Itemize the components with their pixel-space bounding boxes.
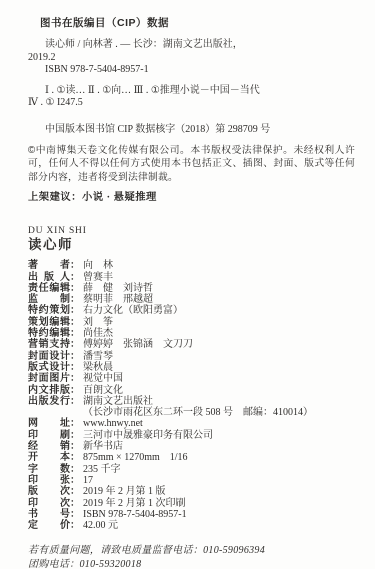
credit-value-extra: （长沙市雨花区东二环一段 508 号 邮编：410014） — [83, 407, 355, 418]
credit-row: 封面设计：潘雪琴 — [28, 351, 355, 362]
credit-colon: ： — [70, 509, 80, 520]
group-purchase-line: 团购电话：010-59320018 — [28, 558, 355, 569]
credit-label: 策划编辑 — [28, 317, 70, 328]
credit-label: 印刷 — [28, 430, 70, 441]
credit-colon: ： — [70, 260, 80, 271]
credit-colon: ： — [70, 475, 80, 486]
credit-row: 字数：235 千字 — [28, 464, 355, 475]
credit-value: 42.00 元 — [80, 520, 355, 531]
credit-value: 235 千字 — [80, 464, 355, 475]
credit-label: 经销 — [28, 441, 70, 452]
credit-value: 视觉中国 — [80, 373, 355, 384]
credit-label: 封面设计 — [28, 351, 70, 362]
credits-list: 著者：向 林出版人：曾赛丰责任编辑：薛 健 刘诗哲监制：蔡明菲 邢越超特约策划：… — [28, 260, 355, 531]
cip-entry-block: 读心师 / 向林著 . — 长沙：湖南文艺出版社， 2019.2 ISBN 97… — [28, 39, 355, 77]
cip-header: 图书在版编目（CIP）数据 — [40, 17, 355, 30]
book-title: 读心师 — [28, 237, 355, 253]
credit-colon: ： — [70, 272, 80, 283]
credit-value: ISBN 978-7-5404-8957-1 — [80, 509, 355, 520]
credit-label: 印次 — [28, 498, 70, 509]
credit-label: 网址 — [28, 418, 70, 429]
credit-label: 特约编辑 — [28, 328, 70, 339]
credit-row: 经销：新华书店 — [28, 441, 355, 452]
credit-colon: ： — [70, 452, 80, 463]
credit-label: 开本 — [28, 452, 70, 463]
credit-label: 营销支持 — [28, 339, 70, 350]
credit-colon: ： — [70, 362, 80, 373]
shelf-advice: 上架建议：小说 · 悬疑推理 — [28, 191, 355, 204]
credit-colon: ： — [70, 396, 80, 407]
credit-colon: ： — [70, 430, 80, 441]
credit-row: 策划编辑：刘 筝 — [28, 317, 355, 328]
cip-entry-year: 2019.2 — [28, 52, 355, 65]
credit-label: 著者 — [28, 260, 70, 271]
credit-value: 潘雪琴 — [80, 351, 355, 362]
credit-value: 17 — [80, 475, 355, 486]
copyright-notice: ©中南博集天卷文化传媒有限公司。本书版权受法律保护。未经权利人许可，任何人不得以… — [28, 144, 355, 185]
credit-row: 定价：42.00 元 — [28, 520, 355, 531]
credit-row: 印张：17 — [28, 475, 355, 486]
credit-value: 2019 年 2 月第 1 版 — [80, 486, 355, 497]
credit-value: 875mm × 1270mm 1/16 — [80, 452, 355, 463]
credit-row: 网址：www.hnwy.net — [28, 418, 355, 429]
credit-label: 版次 — [28, 486, 70, 497]
credit-row: 著者：向 林 — [28, 260, 355, 271]
cip-entry-line: 读心师 / 向林著 . — 长沙：湖南文艺出版社， — [28, 39, 355, 52]
credit-colon: ： — [70, 385, 80, 396]
credit-colon: ： — [70, 418, 80, 429]
credit-row: 特约编辑：尚佳杰 — [28, 328, 355, 339]
credit-row: 印次：2019 年 2 月第 1 次印刷 — [28, 498, 355, 509]
credit-colon: ： — [70, 339, 80, 350]
credit-value: www.hnwy.net — [80, 418, 355, 429]
credit-row: 开本：875mm × 1270mm 1/16 — [28, 452, 355, 463]
credit-value: 曾赛丰 — [80, 272, 355, 283]
credit-row: 版次：2019 年 2 月第 1 版 — [28, 486, 355, 497]
credit-value: 薛 健 刘诗哲 — [80, 283, 355, 294]
credit-value: 2019 年 2 月第 1 次印刷 — [80, 498, 355, 509]
credit-value: 向 林 — [80, 260, 355, 271]
credit-label: 印张 — [28, 475, 70, 486]
credit-row: 营销支持：傅婷婷 张锦涵 文刀刀 — [28, 339, 355, 350]
cip-isbn-line: ISBN 978-7-5404-8957-1 — [28, 64, 355, 77]
credit-value: 傅婷婷 张锦涵 文刀刀 — [80, 339, 355, 350]
credit-colon: ： — [70, 373, 80, 384]
cip-classification-block: Ⅰ . ①读… Ⅱ . ①向… Ⅲ . ①推理小说－中国－当代 Ⅳ . ① I2… — [28, 85, 355, 110]
credit-label: 书号 — [28, 509, 70, 520]
credit-label: 版式设计 — [28, 362, 70, 373]
credit-value: 尚佳杰 — [80, 328, 355, 339]
credit-colon: ： — [70, 305, 80, 316]
credit-row: 书号：ISBN 978-7-5404-8957-1 — [28, 509, 355, 520]
credit-row: 封面图片：视觉中国 — [28, 373, 355, 384]
credit-value: 梁秋晨 — [80, 362, 355, 373]
credit-row: 出版发行：湖南文艺出版社（长沙市雨花区东二环一段 508 号 邮编：410014… — [28, 396, 355, 419]
title-block: DU XIN SHI 读心师 — [28, 225, 355, 253]
credit-row: 出版人：曾赛丰 — [28, 272, 355, 283]
credit-label: 监制 — [28, 294, 70, 305]
credit-colon: ： — [70, 486, 80, 497]
credit-label: 特约策划 — [28, 305, 70, 316]
colophon-page: 图书在版编目（CIP）数据 读心师 / 向林著 . — 长沙：湖南文艺出版社， … — [0, 0, 375, 569]
credit-colon: ： — [70, 283, 80, 294]
credit-label: 出版人 — [28, 272, 70, 283]
credit-value: 三河市中晟雅豪印务有限公司 — [80, 430, 355, 441]
credit-value: 刘 筝 — [80, 317, 355, 328]
credit-value: 右力文化（欧阳勇富） — [80, 305, 355, 316]
credit-row: 责任编辑：薛 健 刘诗哲 — [28, 283, 355, 294]
quality-footer: 若有质量问题，请致电质量监督电话：010-59096394 团购电话：010-5… — [28, 544, 355, 569]
credit-value: 湖南文艺出版社（长沙市雨花区东二环一段 508 号 邮编：410014） — [80, 396, 355, 419]
credit-colon: ： — [70, 317, 80, 328]
credit-row: 版式设计：梁秋晨 — [28, 362, 355, 373]
credit-label: 字数 — [28, 464, 70, 475]
quality-hotline-line: 若有质量问题，请致电质量监督电话：010-59096394 — [28, 544, 355, 558]
credit-label: 定价 — [28, 520, 70, 531]
credit-row: 印刷：三河市中晟雅豪印务有限公司 — [28, 430, 355, 441]
title-pinyin: DU XIN SHI — [28, 225, 355, 237]
cip-class-line-2: Ⅳ . ① I247.5 — [28, 97, 355, 110]
credit-label: 责任编辑 — [28, 283, 70, 294]
credit-row: 监制：蔡明菲 邢越超 — [28, 294, 355, 305]
credit-row: 内文排版：百朗文化 — [28, 385, 355, 396]
credit-value: 百朗文化 — [80, 385, 355, 396]
credit-label: 内文排版 — [28, 385, 70, 396]
credit-colon: ： — [70, 351, 80, 362]
credit-colon: ： — [70, 520, 80, 531]
credit-value: 新华书店 — [80, 441, 355, 452]
cip-record-line: 中国版本图书馆 CIP 数据核字（2018）第 298709 号 — [28, 120, 355, 135]
cip-class-line-1: Ⅰ . ①读… Ⅱ . ①向… Ⅲ . ①推理小说－中国－当代 — [28, 85, 355, 98]
credit-colon: ： — [70, 441, 80, 452]
credit-value: 蔡明菲 邢越超 — [80, 294, 355, 305]
credit-label: 封面图片 — [28, 373, 70, 384]
credit-colon: ： — [70, 464, 80, 475]
credit-colon: ： — [70, 328, 80, 339]
credit-colon: ： — [70, 498, 80, 509]
credit-row: 特约策划：右力文化（欧阳勇富） — [28, 305, 355, 316]
credit-label: 出版发行 — [28, 396, 70, 407]
credit-colon: ： — [70, 294, 80, 305]
